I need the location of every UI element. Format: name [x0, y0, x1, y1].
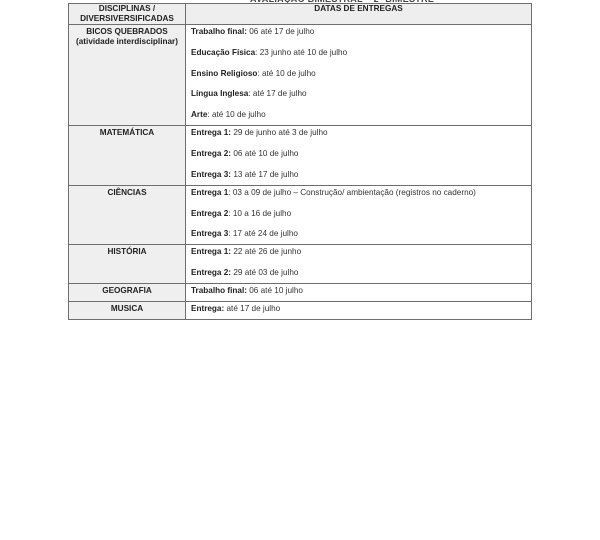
discipline-cell: MATEMÁTICA	[69, 126, 186, 186]
delivery-dates-cell: Entrega 1: 29 de junho até 3 de julhoEnt…	[186, 126, 532, 186]
table-row: HISTÓRIAEntrega 1: 22 até 26 de junhoEnt…	[69, 245, 532, 284]
header-delivery-dates: DATAS DE ENTREGAS	[186, 4, 532, 25]
entry-dates: 06 até 10 de julho	[231, 149, 298, 158]
entry-label: Entrega 3:	[191, 170, 231, 179]
entry-label: Língua Inglesa	[191, 89, 248, 98]
delivery-entry: Entrega 1: 03 a 09 de julho – Construção…	[191, 188, 526, 198]
entry-dates: : até 10 de julho	[207, 110, 265, 119]
delivery-entry: Entrega 2: 10 a 16 de julho	[191, 209, 526, 219]
discipline-cell: HISTÓRIA	[69, 245, 186, 284]
delivery-dates-cell: Entrega: até 17 de julho	[186, 302, 532, 320]
delivery-dates-cell: Trabalho final: 06 até 17 de julhoEducaç…	[186, 25, 532, 126]
entry-label: Entrega 1	[191, 188, 228, 197]
delivery-entry: Entrega 3: 13 até 17 de julho	[191, 170, 526, 180]
entry-dates: : 23 junho até 10 de julho	[255, 48, 347, 57]
entry-dates: até 17 de julho	[224, 304, 280, 313]
delivery-schedule-table: DISCIPLINAS / DIVERSIVERSIFICADAS DATAS …	[68, 3, 532, 320]
discipline-cell: BICOS QUEBRADOS (atividade interdiscipli…	[69, 25, 186, 126]
entry-dates: : 17 até 24 de julho	[228, 229, 298, 238]
table-row: CIÊNCIASEntrega 1: 03 a 09 de julho – Co…	[69, 185, 532, 245]
delivery-entry: Entrega: até 17 de julho	[191, 304, 526, 314]
delivery-entry: Entrega 2: 29 até 03 de julho	[191, 268, 526, 278]
entry-label: Entrega 2:	[191, 149, 231, 158]
entry-label: Entrega 3	[191, 229, 228, 238]
entry-dates: : 10 a 16 de julho	[228, 209, 291, 218]
discipline-cell: CIÊNCIAS	[69, 185, 186, 245]
delivery-entry: Ensino Religioso: até 10 de julho	[191, 69, 526, 79]
entry-label: Entrega 1:	[191, 128, 231, 137]
entry-label: Arte	[191, 110, 207, 119]
discipline-cell: MUSICA	[69, 302, 186, 320]
entry-dates: : até 17 de julho	[248, 89, 306, 98]
delivery-entry: Entrega 1: 22 até 26 de junho	[191, 247, 526, 257]
delivery-entry: Arte: até 10 de julho	[191, 110, 526, 120]
entry-label: Trabalho final:	[191, 27, 247, 36]
delivery-dates-cell: Entrega 1: 03 a 09 de julho – Construção…	[186, 185, 532, 245]
entry-label: Entrega 2	[191, 209, 228, 218]
entry-dates: : 03 a 09 de julho – Construção/ ambient…	[228, 188, 476, 197]
delivery-entry: Entrega 2: 06 até 10 de julho	[191, 149, 526, 159]
table-row: MUSICAEntrega: até 17 de julho	[69, 302, 532, 320]
entry-dates: 06 até 10 julho	[247, 286, 303, 295]
entry-dates: 13 até 17 de julho	[231, 170, 298, 179]
entry-dates: 06 até 17 de julho	[247, 27, 314, 36]
entry-dates: 22 até 26 de junho	[231, 247, 301, 256]
delivery-entry: Entrega 1: 29 de junho até 3 de julho	[191, 128, 526, 138]
table-row: BICOS QUEBRADOS (atividade interdiscipli…	[69, 25, 532, 126]
header-disciplines: DISCIPLINAS / DIVERSIVERSIFICADAS	[69, 4, 186, 25]
entry-label: Ensino Religioso	[191, 69, 257, 78]
delivery-entry: Trabalho final: 06 até 10 julho	[191, 286, 526, 296]
entry-label: Educação Física	[191, 48, 255, 57]
entry-label: Entrega:	[191, 304, 224, 313]
entry-label: Entrega 2:	[191, 268, 231, 277]
entry-label: Trabalho final:	[191, 286, 247, 295]
delivery-dates-cell: Entrega 1: 22 até 26 de junhoEntrega 2: …	[186, 245, 532, 284]
delivery-entry: Educação Física: 23 junho até 10 de julh…	[191, 48, 526, 58]
delivery-entry: Trabalho final: 06 até 17 de julho	[191, 27, 526, 37]
table-header-row: DISCIPLINAS / DIVERSIVERSIFICADAS DATAS …	[69, 4, 532, 25]
entry-dates: : até 10 de julho	[257, 69, 315, 78]
table-row: MATEMÁTICAEntrega 1: 29 de junho até 3 d…	[69, 126, 532, 186]
entry-label: Entrega 1:	[191, 247, 231, 256]
discipline-cell: GEOGRAFIA	[69, 284, 186, 302]
delivery-entry: Língua Inglesa: até 17 de julho	[191, 89, 526, 99]
delivery-entry: Entrega 3: 17 até 24 de julho	[191, 229, 526, 239]
entry-dates: 29 de junho até 3 de julho	[231, 128, 328, 137]
table-row: GEOGRAFIATrabalho final: 06 até 10 julho	[69, 284, 532, 302]
delivery-dates-cell: Trabalho final: 06 até 10 julho	[186, 284, 532, 302]
entry-dates: 29 até 03 de julho	[231, 268, 298, 277]
